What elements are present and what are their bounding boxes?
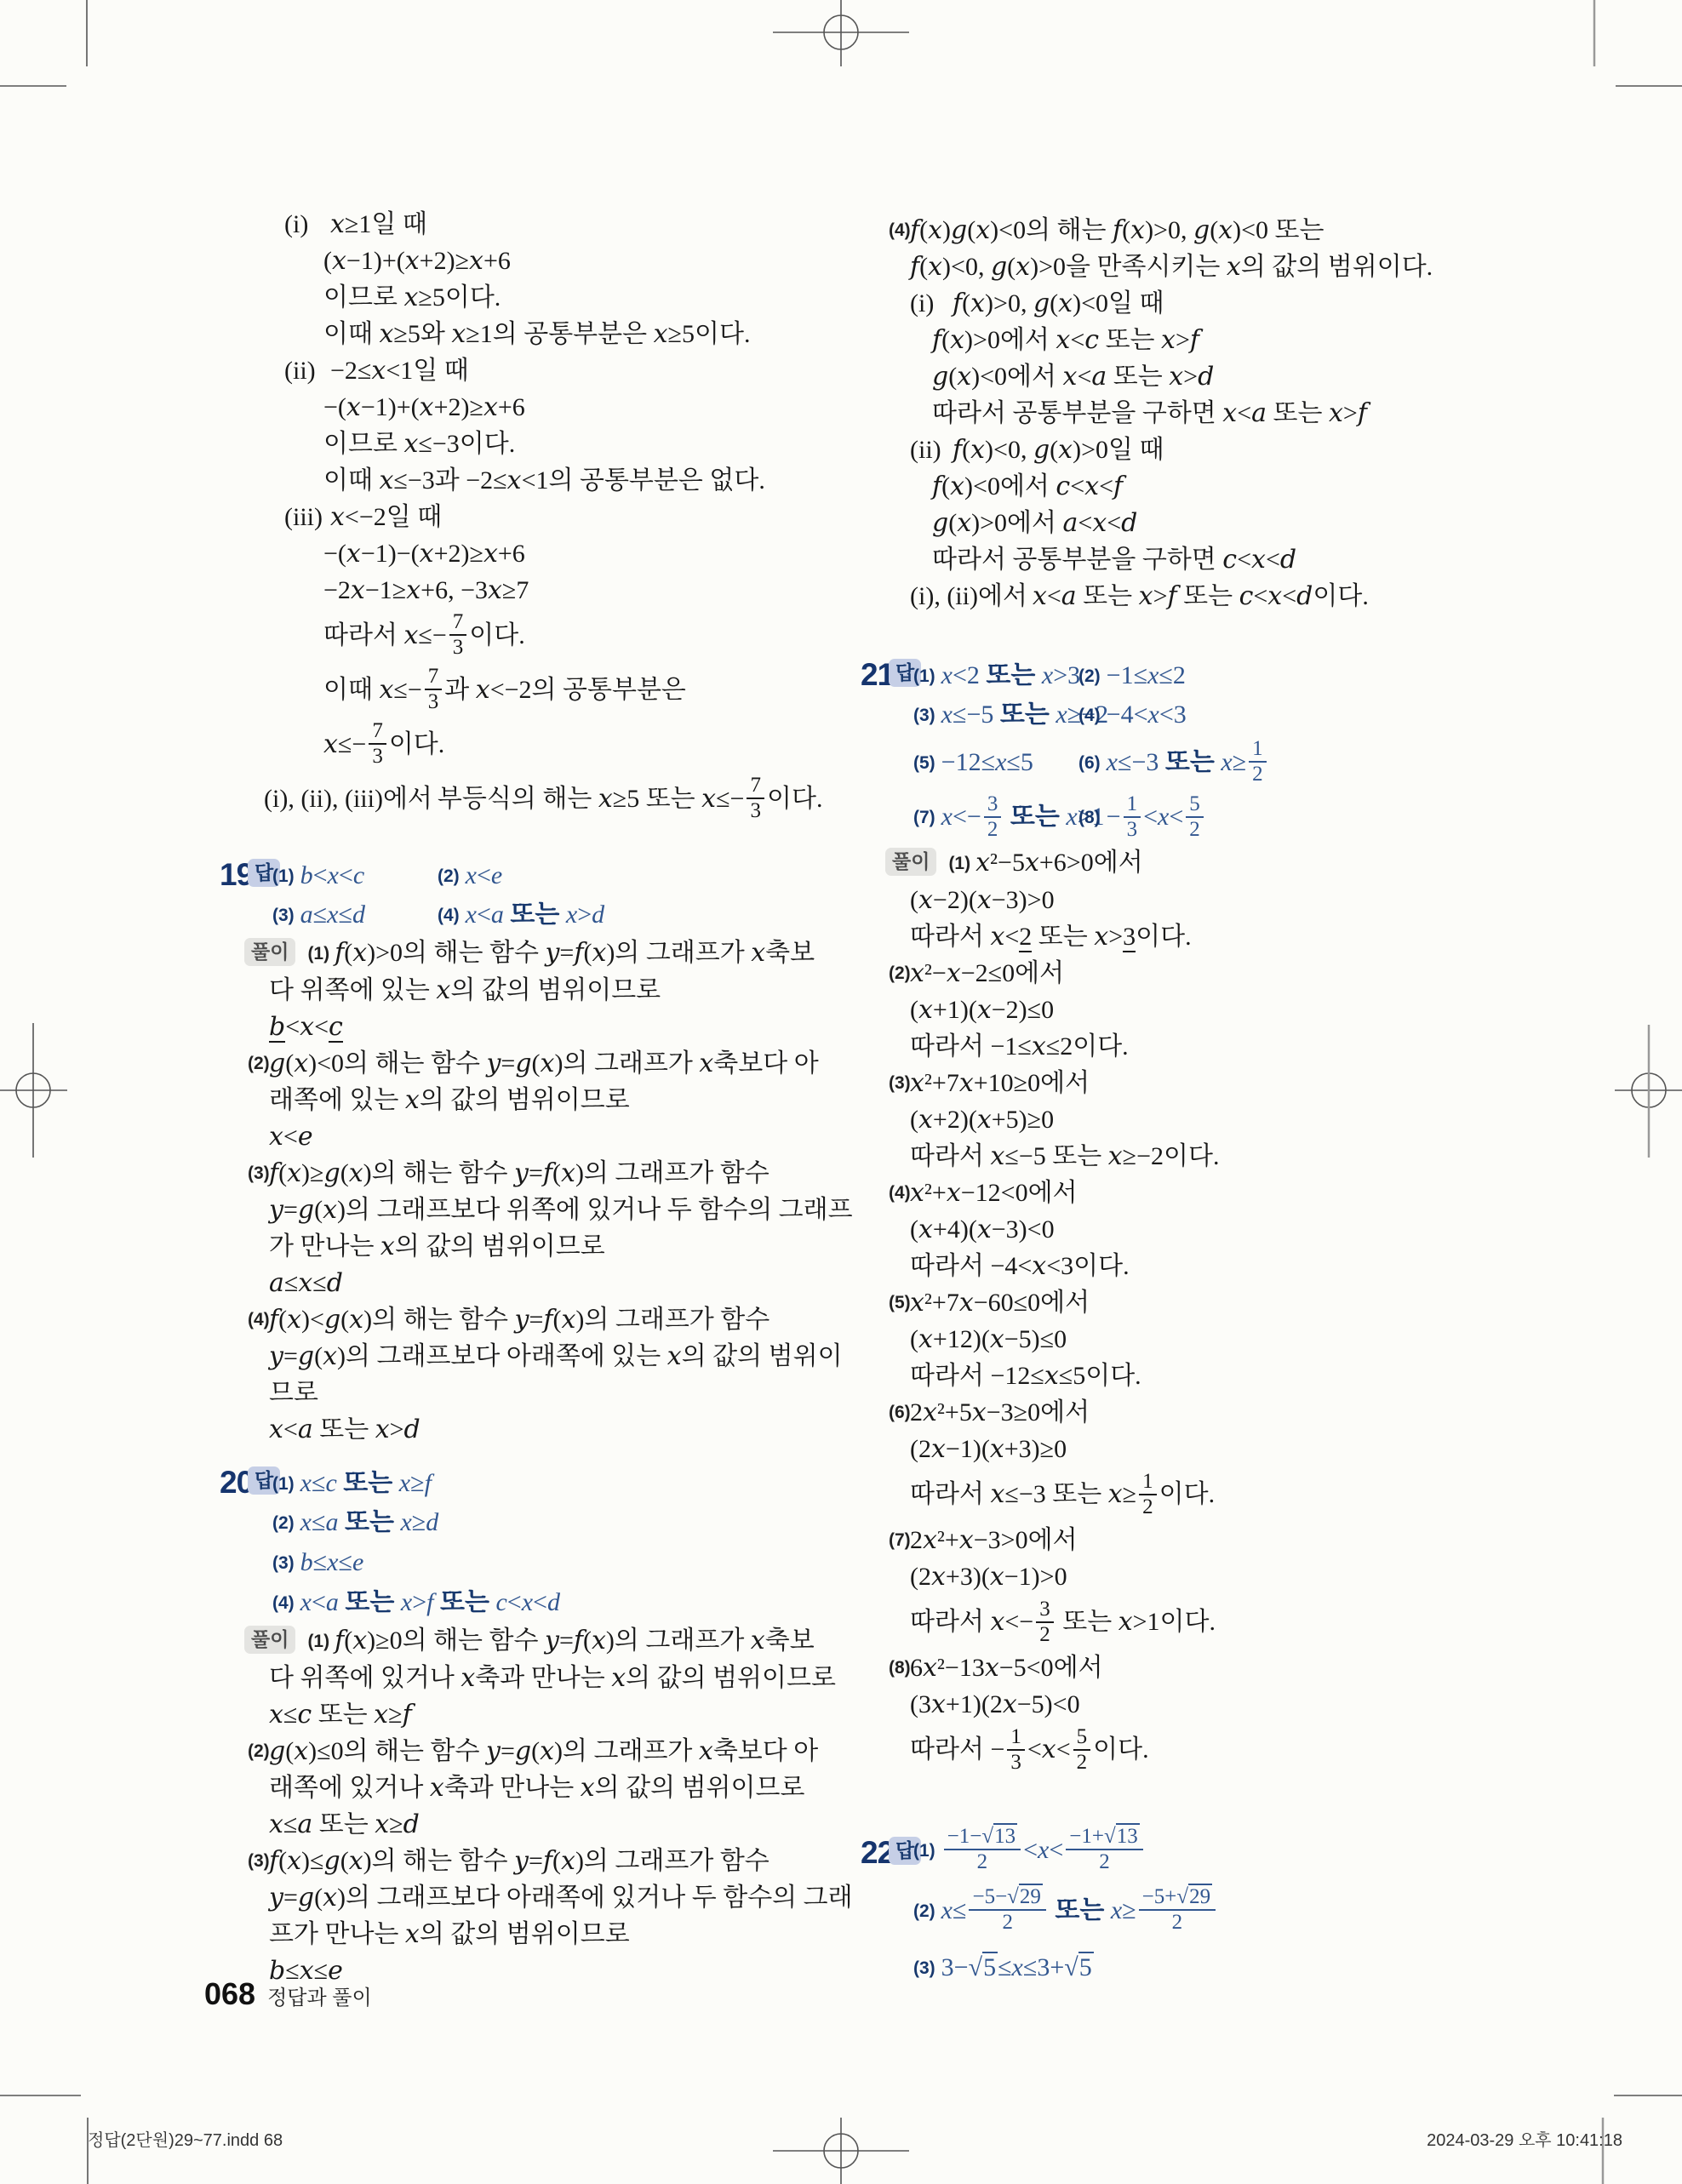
line-marker: (8) [889, 1649, 911, 1686]
line-text: g(x)<0의 해는 함수 y=g(x)의 그래프가 x축보다 아 [269, 1049, 819, 1078]
line-text: 2x²+x−3>0에서 [910, 1526, 1078, 1554]
line-text: 따라서 공통부분을 구하면 x<a 또는 x>f [932, 399, 1367, 427]
answer-line: (3)b≤x≤e [220, 1542, 815, 1582]
solution-line: (3)f(x)≥g(x)의 해는 함수 y=f(x)의 그래프가 함수 [220, 1155, 815, 1192]
solution-line: (x+2)(x+5)≥0 [861, 1101, 1456, 1138]
answer-item: (2)x≤a 또는 x≥d [272, 1504, 438, 1542]
line-marker: (ii) [910, 432, 947, 468]
line-marker: (5) [889, 1284, 911, 1321]
solution-line: (2x−1)(x+3)≥0 [861, 1431, 1456, 1467]
answer-value: −1−√132<x<−1+√132 [941, 1836, 1146, 1864]
solution-line: (i), (ii), (iii)에서부등식의 해는 x≥5 또는 x≤−73이다… [220, 772, 815, 826]
solution-line: 따라서 −13<x<52이다. [861, 1723, 1456, 1777]
line-text: 이므로 x≥5이다. [323, 283, 501, 312]
line-text: x<a 또는 x>d [269, 1415, 420, 1444]
line-text: f(x)>0, g(x)<0일 때 [953, 289, 1164, 317]
answer-number: (6) [1078, 753, 1101, 773]
answer-number: (2) [1078, 666, 1101, 686]
line-text: 따라서 x<2 또는 x>3이다. [910, 923, 1192, 951]
answer-value: a≤x≤d [300, 900, 365, 929]
answer-item: (2)x≤−5−√292 또는 x≥−5+√292 [913, 1882, 1218, 1941]
answer-number: (2) [438, 866, 460, 886]
solution-line: (x−2)(x−3)>0 [861, 882, 1456, 918]
solution-line: x≤−73이다. [220, 718, 815, 772]
solution-line: a≤x≤d [220, 1265, 815, 1301]
line-text: f(x)≥0의 해는 함수 y=f(x)의 그래프가 x축보 [335, 1627, 815, 1655]
line-text: f(x)≥g(x)의 해는 함수 y=f(x)의 그래프가 함수 [269, 1159, 769, 1187]
answer-item: (3)3−√5≤x≤3+√5 [913, 1941, 1094, 1995]
line-text: (x+2)(x+5)≥0 [910, 1106, 1054, 1134]
line-text: 므로 [269, 1379, 318, 1407]
answer-number: (3) [913, 1958, 935, 1978]
line-text: 2x²+5x−3≥0에서 [910, 1398, 1090, 1426]
problem-20: 20답(1)x≤c 또는 x≥f(2)x≤a 또는 x≥d(3)b≤x≤e(4)… [220, 1463, 815, 1988]
answer-item: (1)b<x<c [272, 857, 438, 895]
line-text: f(x)<0, g(x)>0을 만족시키는 x의 값의 범위이다. [910, 253, 1433, 281]
line-text: 따라서 x≤−5 또는 x≥−2이다. [910, 1142, 1219, 1170]
line-marker: (1) [948, 845, 970, 882]
line-text: g(x)≤0의 해는 함수 y=g(x)의 그래프가 x축보다 아 [269, 1737, 818, 1765]
line-text: (x+1)(x−2)≤0 [910, 996, 1054, 1024]
line-marker: (4) [889, 1175, 911, 1211]
line-text: 래쪽에 있는 x의 값의 범위이므로 [269, 1086, 630, 1114]
line-text: y=g(x)의 그래프보다 위쪽에 있거나 두 함수의 그래프 [269, 1196, 853, 1224]
print-filename: 정답(2단원)29~77.indd 68 [88, 2126, 283, 2151]
answer-number: (2) [913, 1901, 935, 1921]
line-marker: (i), (ii), (iii)에서 [264, 772, 432, 826]
page-number: 068 [204, 1976, 255, 2011]
solution-line: 따라서 x<−32 또는 x>1이다. [861, 1595, 1456, 1649]
line-text: g(x)>0에서 a<x<d [932, 509, 1137, 537]
solution-line: 가 만나는 x의 값의 범위이므로 [220, 1228, 815, 1265]
answer-number: (5) [913, 753, 935, 773]
solution-line: 따라서 공통부분을 구하면 c<x<d [861, 541, 1456, 578]
solution-line: 따라서 x≤−5 또는 x≥−2이다. [861, 1138, 1456, 1175]
line-text: b<x<c [269, 1013, 343, 1041]
answer-number: (4) [272, 1593, 295, 1613]
line-marker: (3) [248, 1843, 270, 1879]
problem-19: 19답(1)b<x<c(2)x<e(3)a≤x≤d(4)x<a 또는 x>d풀이… [220, 855, 815, 1448]
line-text: f(x)>0의 해는 함수 y=f(x)의 그래프가 x축보 [335, 939, 815, 967]
solution-line: 다 위쪽에 있는 x의 값의 범위이므로 [220, 972, 815, 1009]
solution-line: (4)f(x)g(x)<0의 해는 f(x)>0, g(x)<0 또는 [861, 212, 1456, 249]
line-text: (x+12)(x−5)≤0 [910, 1325, 1067, 1353]
solution-line: (x+1)(x−2)≤0 [861, 992, 1456, 1028]
solution-badge: 풀이 [885, 848, 936, 876]
solution-line: (2x+3)(x−1)>0 [861, 1558, 1456, 1595]
solution-line: 이므로 x≥5이다. [220, 279, 815, 316]
solution-line: (2)x²−x−2≤0에서 [861, 955, 1456, 992]
line-text: 따라서 −4<x<3이다. [910, 1252, 1130, 1280]
answer-line: (3)3−√5≤x≤3+√5 [861, 1941, 1456, 1996]
solution-line: (2)g(x)<0의 해는 함수 y=g(x)의 그래프가 x축보다 아 [220, 1045, 815, 1082]
solution-line: y=g(x)의 그래프보다 위쪽에 있거나 두 함수의 그래프 [220, 1192, 815, 1228]
solution-continuation: (i)x≥1일 때(x−1)+(x+2)≥x+6이므로 x≥5이다.이때 x≥5… [220, 206, 815, 826]
line-text: 이때 x≤−3과 −2≤x<1의 공통부분은 없다. [323, 466, 765, 495]
solution-line: −(x−1)−(x+2)≥x+6 [220, 535, 815, 572]
line-text: 따라서 −13<x<52이다. [910, 1735, 1149, 1764]
solution-line: (ii)f(x)<0, g(x)>0일 때 [861, 432, 1456, 468]
line-text: x²−5x+6>0에서 [975, 849, 1143, 877]
solution-line: b<x<c [220, 1009, 815, 1045]
line-marker: (3) [889, 1065, 911, 1101]
answer-item: (4)−4<x<3 [1078, 696, 1187, 735]
answer-number: (4) [1078, 706, 1101, 725]
solution-line: 이때 x≤−73과 x<−2의 공통부분은 [220, 663, 815, 718]
line-text: 프가 만나는 x의 값의 범위이므로 [269, 1920, 630, 1948]
textbook-answer-page: (i)x≥1일 때(x−1)+(x+2)≥x+6이므로 x≥5이다.이때 x≥5… [0, 0, 1682, 2184]
solution-line: 다 위쪽에 있거나 x축과 만나는 x의 값의 범위이므로 [220, 1660, 815, 1696]
line-marker: (6) [889, 1394, 911, 1431]
right-column: (4)f(x)g(x)<0의 해는 f(x)>0, g(x)<0 또는f(x)<… [861, 212, 1456, 1995]
line-marker: (i) [910, 285, 947, 322]
line-text: (x−1)+(x+2)≥x+6 [323, 247, 511, 275]
line-text: 부등식의 해는 x≥5 또는 x≤−73이다. [438, 785, 823, 813]
line-text: 따라서 x≤−73이다. [323, 621, 525, 649]
answer-number: (1) [272, 1474, 295, 1494]
solution-line: 래쪽에 있거나 x축과 만나는 x의 값의 범위이므로 [220, 1769, 815, 1806]
line-marker: (i), (ii)에서 [910, 578, 1027, 615]
solution-line: (3x+1)(2x−5)<0 [861, 1686, 1456, 1723]
solution-line: (3)f(x)≤g(x)의 해는 함수 y=f(x)의 그래프가 함수 [220, 1843, 815, 1879]
line-marker: (i) [284, 206, 325, 243]
line-text: (2x−1)(x+3)≥0 [910, 1435, 1067, 1463]
solution-line: 이때 x≥5와 x≥1의 공통부분은 x≥5이다. [220, 316, 815, 352]
line-text: 이므로 x≤−3이다. [323, 430, 515, 458]
solution-line: (x+4)(x−3)<0 [861, 1211, 1456, 1248]
line-text: −2x−1≥x+6, −3x≥7 [323, 576, 529, 604]
line-marker: (2) [248, 1733, 270, 1769]
line-text: −(x−1)+(x+2)≥x+6 [323, 393, 525, 421]
solution-badge: 풀이 [244, 1626, 295, 1654]
solution-line: (2)g(x)≤0의 해는 함수 y=g(x)의 그래프가 x축보다 아 [220, 1733, 815, 1769]
solution-line: 따라서 x≤−3 또는 x≥12이다. [861, 1467, 1456, 1522]
solution-line: x≤a 또는 x≥d [220, 1806, 815, 1843]
solution-line: 므로 [220, 1375, 815, 1411]
line-text: x<a 또는 x>f 또는 c<x<d이다. [1033, 582, 1369, 610]
answer-value: x<a 또는 x>d [466, 900, 604, 929]
answer-line: (1)−1−√132<x<−1+√132 [861, 1820, 1456, 1880]
solution-line: y=g(x)의 그래프보다 아래쪽에 있는 x의 값의 범위이 [220, 1338, 815, 1375]
answer-number: (7) [913, 808, 935, 827]
line-text: f(x)≤g(x)의 해는 함수 y=f(x)의 그래프가 함수 [269, 1847, 769, 1875]
solution-line: −(x−1)+(x+2)≥x+6 [220, 389, 815, 426]
answer-value: x≤−3 또는 x≥12 [1107, 748, 1269, 776]
line-marker: (4) [248, 1301, 270, 1338]
answer-value: x<a 또는 x>f 또는 c<x<d [300, 1588, 560, 1616]
solution-badge: 풀이 [244, 938, 295, 966]
line-text: 이때 x≤−73과 x<−2의 공통부분은 [323, 676, 686, 704]
line-text: x²+7x+10≥0에서 [910, 1069, 1090, 1097]
answer-item: (3)a≤x≤d [272, 896, 438, 935]
answer-item: (4)x<a 또는 x>d [438, 896, 604, 935]
line-text: f(x)<0, g(x)>0일 때 [953, 436, 1164, 464]
problem-22: 22답(1)−1−√132<x<−1+√132(2)x≤−5−√292 또는 x… [861, 1820, 1456, 1995]
solution-line: 따라서 x<2 또는 x>3이다. [861, 918, 1456, 955]
line-text: 다 위쪽에 있거나 x축과 만나는 x의 값의 범위이므로 [269, 1664, 836, 1692]
line-text: f(x)g(x)<0의 해는 f(x)>0, g(x)<0 또는 [910, 216, 1324, 244]
line-text: −(x−1)−(x+2)≥x+6 [323, 540, 525, 568]
answer-item: (1)−1−√132<x<−1+√132 [913, 1821, 1146, 1880]
solution-continuation: (4)f(x)g(x)<0의 해는 f(x)>0, g(x)<0 또는f(x)<… [861, 212, 1456, 615]
answer-value: −13<x<52 [1107, 803, 1206, 831]
solution-line: (ii)−2≤x<1일 때 [220, 352, 815, 389]
solution-line: (i)f(x)>0, g(x)<0일 때 [861, 285, 1456, 322]
solution-line: 따라서 −1≤x≤2이다. [861, 1028, 1456, 1065]
line-text: x²−x−2≤0에서 [910, 959, 1064, 987]
line-text: 따라서 x<−32 또는 x>1이다. [910, 1608, 1216, 1636]
line-marker: (1) [307, 1623, 329, 1660]
line-text: x<−2일 때 [330, 503, 442, 531]
solution-line: (i), (ii)에서x<a 또는 x>f 또는 c<x<d이다. [861, 578, 1456, 615]
solution-line: g(x)<0에서 x<a 또는 x>d [861, 358, 1456, 395]
answer-item: (1)x≤c 또는 x≥f [272, 1465, 432, 1503]
solution-line: f(x)<0, g(x)>0을 만족시키는 x의 값의 범위이다. [861, 249, 1456, 285]
answer-line: (3)a≤x≤d(4)x<a 또는 x>d [220, 895, 815, 935]
answer-value: 3−√5≤x≤3+√5 [941, 1952, 1094, 1981]
answer-item: (3)x≤−5 또는 x≥−2 [913, 696, 1078, 735]
solution-line: −2x−1≥x+6, −3x≥7 [220, 572, 815, 609]
solution-line: (4)x²+x−12<0에서 [861, 1175, 1456, 1211]
solution-line: 따라서 x≤−73이다. [220, 609, 815, 663]
line-text: 따라서 −12≤x≤5이다. [910, 1362, 1141, 1390]
answer-line: (5)−12≤x≤5(6)x≤−3 또는 x≥12 [861, 735, 1456, 790]
footer-label: 정답과 풀이 [267, 1987, 372, 2010]
solution-line: (i)x≥1일 때 [220, 206, 815, 243]
line-text: 가 만나는 x의 값의 범위이므로 [269, 1232, 605, 1261]
answer-value: −4<x<3 [1107, 700, 1187, 729]
line-text: 따라서 −1≤x≤2이다. [910, 1032, 1129, 1061]
answer-value: b≤x≤e [300, 1548, 364, 1576]
left-column: (i)x≥1일 때(x−1)+(x+2)≥x+6이므로 x≥5이다.이때 x≥5… [220, 206, 815, 1989]
line-marker: (2) [248, 1045, 270, 1082]
page-footer: 068정답과 풀이 [204, 1976, 372, 2012]
answer-value: b<x<c [300, 861, 365, 889]
line-text: y=g(x)의 그래프보다 아래쪽에 있거나 두 함수의 그래 [269, 1884, 853, 1912]
answer-line: (4)x<a 또는 x>f 또는 c<x<d [220, 1582, 815, 1622]
answer-line: (1)x≤c 또는 x≥f [220, 1463, 815, 1503]
solution-line: (4)f(x)<g(x)의 해는 함수 y=f(x)의 그래프가 함수 [220, 1301, 815, 1338]
answer-item: (3)b≤x≤e [272, 1544, 363, 1582]
problem-21: 21답(1)x<2 또는 x>3(2)−1≤x≤2(3)x≤−5 또는 x≥−2… [861, 655, 1456, 1777]
solution-line: (3)x²+7x+10≥0에서 [861, 1065, 1456, 1101]
solution-line: f(x)<0에서 c<x<f [861, 468, 1456, 505]
solution-line: 풀이(1)f(x)>0의 해는 함수 y=f(x)의 그래프가 x축보 [220, 935, 815, 972]
line-text: x²+x−12<0에서 [910, 1179, 1078, 1207]
line-marker: (ii) [284, 352, 325, 389]
solution-line: x<e [220, 1118, 815, 1155]
line-text: 래쪽에 있거나 x축과 만나는 x의 값의 범위이므로 [269, 1774, 804, 1802]
answer-value: x<e [466, 861, 503, 889]
answer-value: −1≤x≤2 [1107, 661, 1186, 689]
solution-line: 래쪽에 있는 x의 값의 범위이므로 [220, 1082, 815, 1118]
line-text: f(x)<g(x)의 해는 함수 y=f(x)의 그래프가 함수 [269, 1306, 769, 1334]
answer-number: (1) [913, 666, 935, 686]
line-text: (2x+3)(x−1)>0 [910, 1563, 1067, 1591]
answer-line: (2)x≤a 또는 x≥d [220, 1503, 815, 1543]
line-marker: (7) [889, 1522, 911, 1558]
answer-line: (7)x<−32 또는 x>1(8)−13<x<52 [861, 790, 1456, 845]
line-text: −2≤x<1일 때 [330, 357, 469, 385]
solution-line: x≤c 또는 x≥f [220, 1696, 815, 1733]
answer-item: (2)x<e [438, 857, 502, 895]
line-text: 다 위쪽에 있는 x의 값의 범위이므로 [269, 976, 661, 1004]
answer-number: (4) [438, 906, 460, 925]
solution-line: 따라서 −12≤x≤5이다. [861, 1358, 1456, 1394]
solution-line: (iii)x<−2일 때 [220, 499, 815, 535]
solution-line: 풀이(1)f(x)≥0의 해는 함수 y=f(x)의 그래프가 x축보 [220, 1622, 815, 1660]
solution-line: 이므로 x≤−3이다. [220, 426, 815, 462]
solution-line: (5)x²+7x−60≤0에서 [861, 1284, 1456, 1321]
line-marker: (4) [889, 212, 911, 249]
line-text: x≤a 또는 x≥d [269, 1810, 420, 1838]
answer-number: (3) [272, 1553, 295, 1573]
line-text: f(x)<0에서 c<x<f [932, 472, 1123, 500]
solution-line: g(x)>0에서 a<x<d [861, 505, 1456, 541]
solution-line: 풀이(1)x²−5x+6>0에서 [861, 844, 1456, 882]
line-text: a≤x≤d [269, 1269, 343, 1297]
answer-item: (2)−1≤x≤2 [1078, 657, 1186, 695]
print-timestamp: 2024-03-29 오후 10:41:18 [1427, 2126, 1622, 2151]
line-text: 따라서 공통부분을 구하면 c<x<d [932, 546, 1296, 574]
line-text: x≥1일 때 [330, 210, 427, 238]
line-marker: (2) [889, 955, 911, 992]
line-text: x<e [269, 1123, 313, 1151]
line-marker: (1) [307, 935, 329, 972]
line-text: f(x)>0에서 x<c 또는 x>f [932, 326, 1199, 354]
answer-number: (3) [913, 706, 935, 725]
line-text: g(x)<0에서 x<a 또는 x>d [932, 363, 1214, 391]
solution-line: 따라서 공통부분을 구하면 x<a 또는 x>f [861, 395, 1456, 432]
answer-line: (3)x≤−5 또는 x≥−2(4)−4<x<3 [861, 695, 1456, 735]
line-text: (3x+1)(2x−5)<0 [910, 1690, 1080, 1718]
solution-line: (x−1)+(x+2)≥x+6 [220, 243, 815, 279]
answer-line: (1)x<2 또는 x>3(2)−1≤x≤2 [861, 655, 1456, 695]
answer-item: (4)x<a 또는 x>f 또는 c<x<d [272, 1584, 560, 1622]
solution-line: (8)6x²−13x−5<0에서 [861, 1649, 1456, 1686]
line-text: x≤c 또는 x≥f [269, 1701, 412, 1729]
answer-value: −12≤x≤5 [941, 748, 1033, 776]
answer-line: (2)x≤−5−√292 또는 x≥−5+√292 [861, 1880, 1456, 1941]
solution-line: y=g(x)의 그래프보다 아래쪽에 있거나 두 함수의 그래 [220, 1879, 815, 1916]
answer-line: (1)b<x<c(2)x<e [220, 855, 815, 895]
solution-line: 프가 만나는 x의 값의 범위이므로 [220, 1916, 815, 1952]
line-text: (x+4)(x−3)<0 [910, 1215, 1055, 1244]
line-text: x≤−73이다. [323, 730, 444, 758]
solution-line: (6)2x²+5x−3≥0에서 [861, 1394, 1456, 1431]
answer-number: (2) [272, 1513, 295, 1533]
answer-item: (8)−13<x<52 [1078, 791, 1206, 844]
answer-item: (5)−12≤x≤5 [913, 736, 1078, 790]
line-text: 6x²−13x−5<0에서 [910, 1654, 1103, 1682]
answer-number: (8) [1078, 808, 1101, 827]
answer-item: (1)x<2 또는 x>3 [913, 657, 1078, 695]
solution-line: (x+12)(x−5)≤0 [861, 1321, 1456, 1358]
answer-number: (3) [272, 906, 295, 925]
answer-item: (7)x<−32 또는 x>1 [913, 791, 1078, 844]
answer-item: (6)x≤−3 또는 x≥12 [1078, 736, 1269, 790]
answer-number: (1) [272, 866, 295, 886]
solution-line: f(x)>0에서 x<c 또는 x>f [861, 322, 1456, 358]
line-text: y=g(x)의 그래프보다 아래쪽에 있는 x의 값의 범위이 [269, 1342, 843, 1370]
solution-line: 이때 x≤−3과 −2≤x<1의 공통부분은 없다. [220, 462, 815, 499]
line-text: 이때 x≥5와 x≥1의 공통부분은 x≥5이다. [323, 320, 750, 348]
answer-number: (1) [913, 1841, 935, 1861]
solution-line: 따라서 −4<x<3이다. [861, 1248, 1456, 1284]
line-text: 따라서 x≤−3 또는 x≥12이다. [910, 1480, 1215, 1508]
answer-value: x<2 또는 x>3 [941, 661, 1080, 689]
line-text: x²+7x−60≤0에서 [910, 1289, 1090, 1317]
line-text: (x−2)(x−3)>0 [910, 886, 1055, 914]
answer-value: x≤−5−√292 또는 x≥−5+√292 [941, 1896, 1218, 1924]
line-marker: (iii) [284, 499, 325, 535]
solution-line: (7)2x²+x−3>0에서 [861, 1522, 1456, 1558]
answer-value: x≤c 또는 x≥f [300, 1469, 432, 1497]
solution-line: x<a 또는 x>d [220, 1411, 815, 1448]
answer-value: x≤a 또는 x≥d [300, 1508, 439, 1536]
line-marker: (3) [248, 1155, 270, 1192]
